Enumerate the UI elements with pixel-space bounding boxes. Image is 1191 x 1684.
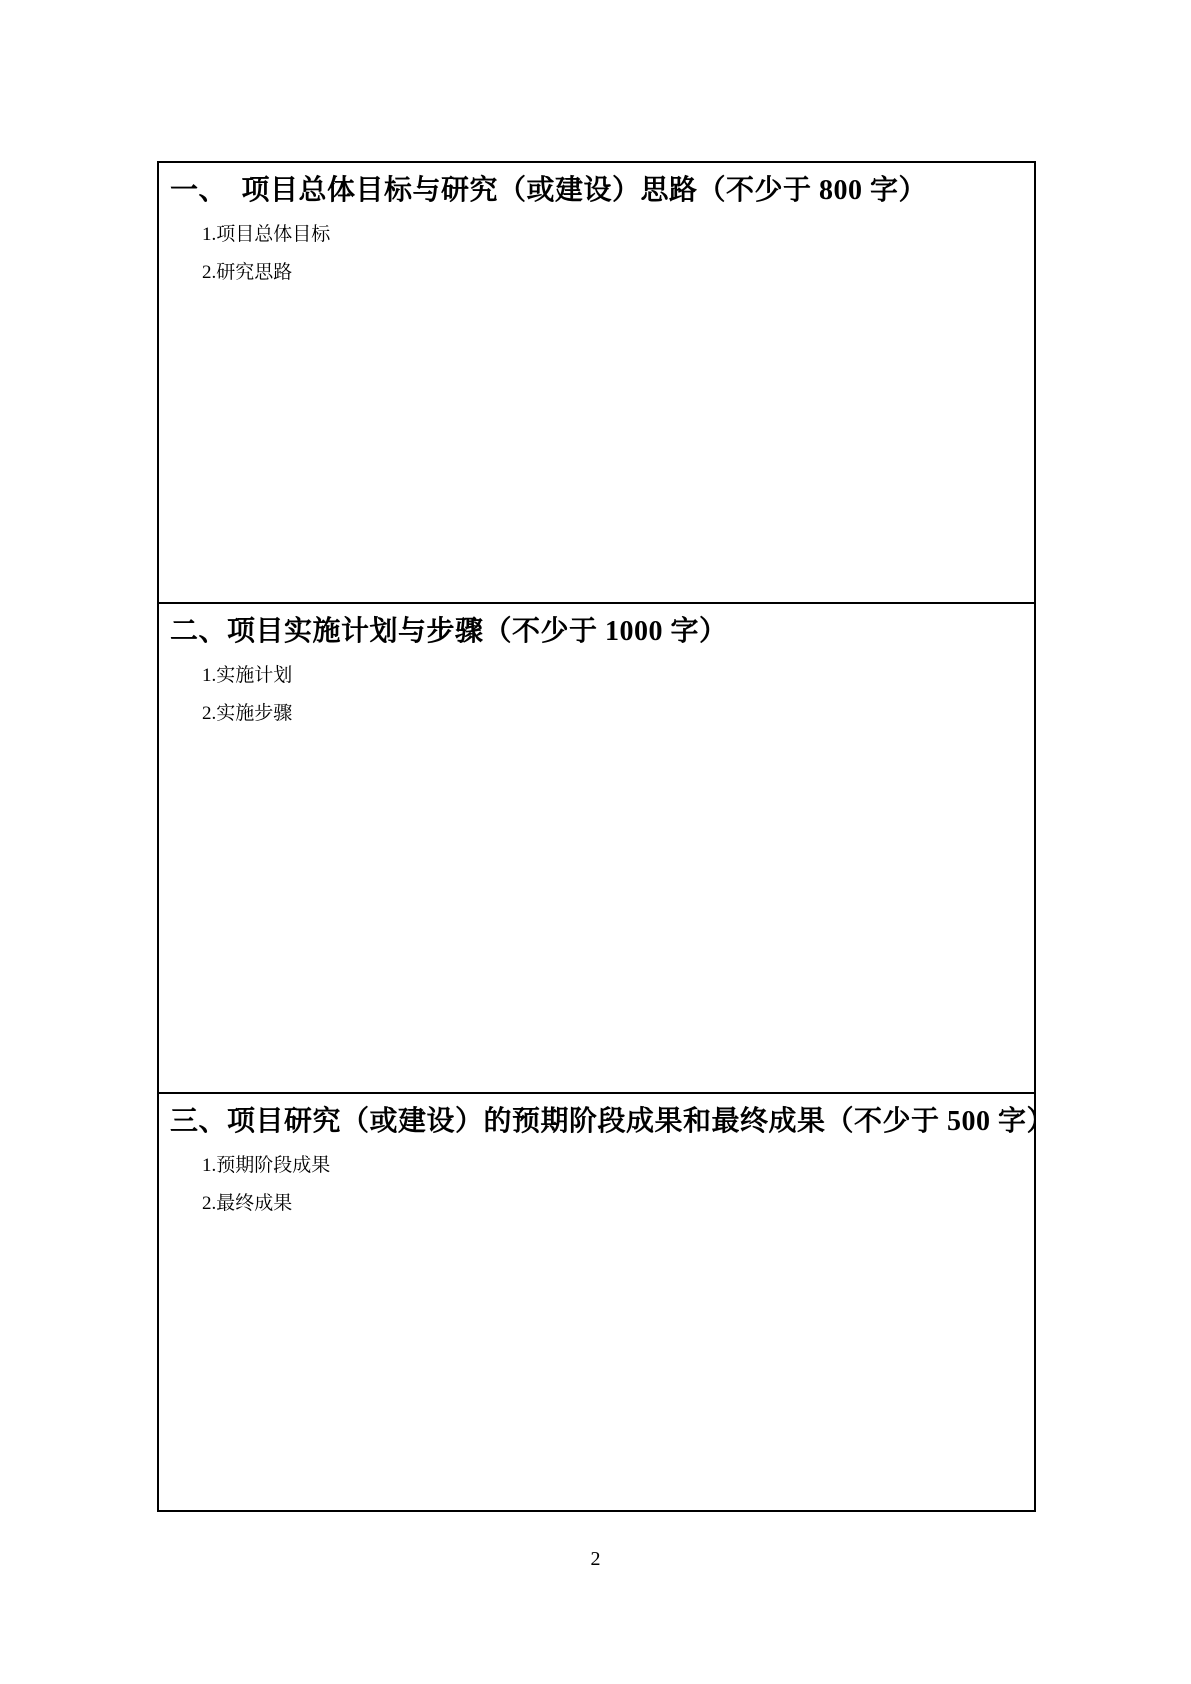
section-row-3: 三、项目研究（或建设）的预期阶段成果和最终成果（不少于 500 字） 1.预期阶… (159, 1094, 1034, 1510)
section-3-item-1: 1.预期阶段成果 (202, 1147, 1024, 1185)
section-2-item-2: 2.实施步骤 (202, 695, 1024, 733)
section-1-item-1: 1.项目总体目标 (202, 216, 1024, 254)
section-3-title: 三、项目研究（或建设）的预期阶段成果和最终成果（不少于 500 字） (170, 1102, 1024, 1142)
section-1-item-2: 2.研究思路 (202, 254, 1024, 292)
section-1-title: 一、 项目总体目标与研究（或建设）思路（不少于 800 字） (170, 171, 1024, 211)
form-table: 一、 项目总体目标与研究（或建设）思路（不少于 800 字） 1.项目总体目标 … (157, 161, 1036, 1512)
section-2-item-1: 1.实施计划 (202, 657, 1024, 695)
document-page: 一、 项目总体目标与研究（或建设）思路（不少于 800 字） 1.项目总体目标 … (0, 0, 1191, 1684)
section-row-2: 二、项目实施计划与步骤（不少于 1000 字） 1.实施计划 2.实施步骤 (159, 604, 1034, 1094)
section-2-title: 二、项目实施计划与步骤（不少于 1000 字） (170, 612, 1024, 652)
section-3-item-2: 2.最终成果 (202, 1185, 1024, 1223)
section-row-1: 一、 项目总体目标与研究（或建设）思路（不少于 800 字） 1.项目总体目标 … (159, 163, 1034, 604)
page-number: 2 (0, 1546, 1191, 1572)
